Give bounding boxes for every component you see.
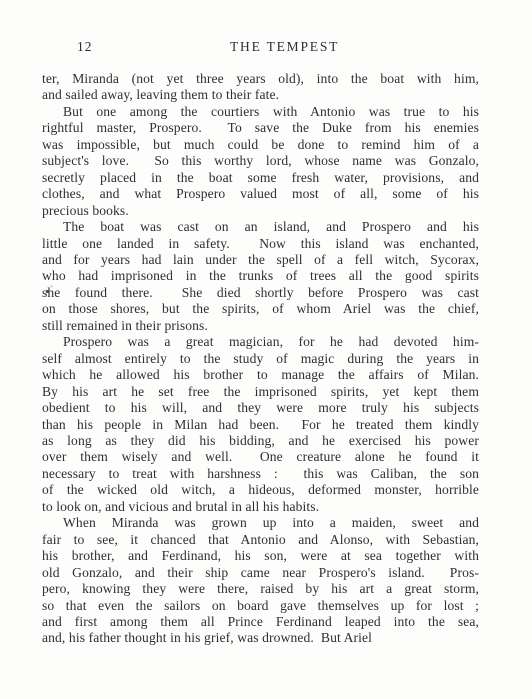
text-line: subject's love. So this worthy lord, who… — [42, 153, 479, 169]
text-line: and first among them all Prince Ferdinan… — [42, 614, 479, 630]
text-line: precious books. — [42, 203, 479, 219]
text-line: By his art he set free the imprisoned sp… — [42, 384, 479, 400]
text-line: and, his father thought in his grief, wa… — [42, 630, 479, 646]
ink-speck-artifact — [46, 290, 49, 293]
book-page: 12 THE TEMPEST ter, Miranda (not yet thr… — [0, 0, 532, 699]
text-line: over them wisely and well. One creature … — [42, 449, 479, 465]
paragraph: Prospero was a great magician, for he ha… — [42, 334, 479, 515]
text-line: secretly placed in the boat some fresh w… — [42, 170, 479, 186]
text-line: on those shores, but the spirits, of who… — [42, 301, 479, 317]
text-line: fair to see, it chanced that Antonio and… — [42, 532, 479, 548]
text-line: which he allowed his brother to manage t… — [42, 367, 479, 383]
text-line: self almost entirely to the study of mag… — [42, 351, 479, 367]
text-line: The boat was cast on an island, and Pros… — [42, 219, 479, 235]
body-text: ter, Miranda (not yet three years old), … — [42, 71, 479, 647]
text-line: clothes, and what Prospero valued most o… — [42, 186, 479, 202]
paragraph: ter, Miranda (not yet three years old), … — [42, 71, 479, 104]
text-line: obedient to his will, and they were more… — [42, 400, 479, 416]
text-line: necessary to treat with harshness : this… — [42, 466, 479, 482]
paragraph: When Miranda was grown up into a maiden,… — [42, 515, 479, 647]
paragraph: But one among the courtiers with Antonio… — [42, 104, 479, 219]
text-line: was impossible, but much could be done t… — [42, 137, 479, 153]
text-line: pero, knowing they were there, raised by… — [42, 581, 479, 597]
text-line: as long as they did his bidding, and he … — [42, 433, 479, 449]
text-line: and for years had lain under the spell o… — [42, 252, 479, 268]
text-line: still remained in their prisons. — [42, 318, 479, 334]
text-line: his brother, and Ferdinand, his son, wer… — [42, 548, 479, 564]
text-line: of the wicked old witch, a hideous, defo… — [42, 482, 479, 498]
running-title: THE TEMPEST — [230, 39, 339, 55]
paragraph: The boat was cast on an island, and Pros… — [42, 219, 479, 334]
text-line: But one among the courtiers with Antonio… — [42, 104, 479, 120]
text-line: When Miranda was grown up into a maiden,… — [42, 515, 479, 531]
text-line: little one landed in safety. Now this is… — [42, 236, 479, 252]
text-line: to look on, and vicious and brutal in al… — [42, 499, 479, 515]
text-line: than his people in Milan had been. For h… — [42, 417, 479, 433]
text-line: and sailed away, leaving them to their f… — [42, 87, 479, 103]
text-line: who had imprisoned in the trunks of tree… — [42, 268, 479, 284]
text-line: ter, Miranda (not yet three years old), … — [42, 71, 479, 87]
text-line: rightful master, Prospero. To save the D… — [42, 120, 479, 136]
text-line: Prospero was a great magician, for he ha… — [42, 334, 479, 350]
page-number: 12 — [77, 39, 93, 55]
text-line: she found there. She died shortly before… — [42, 285, 479, 301]
text-line: old Gonzalo, and their ship came near Pr… — [42, 565, 479, 581]
text-line: so that even the sailors on board gave t… — [42, 598, 479, 614]
